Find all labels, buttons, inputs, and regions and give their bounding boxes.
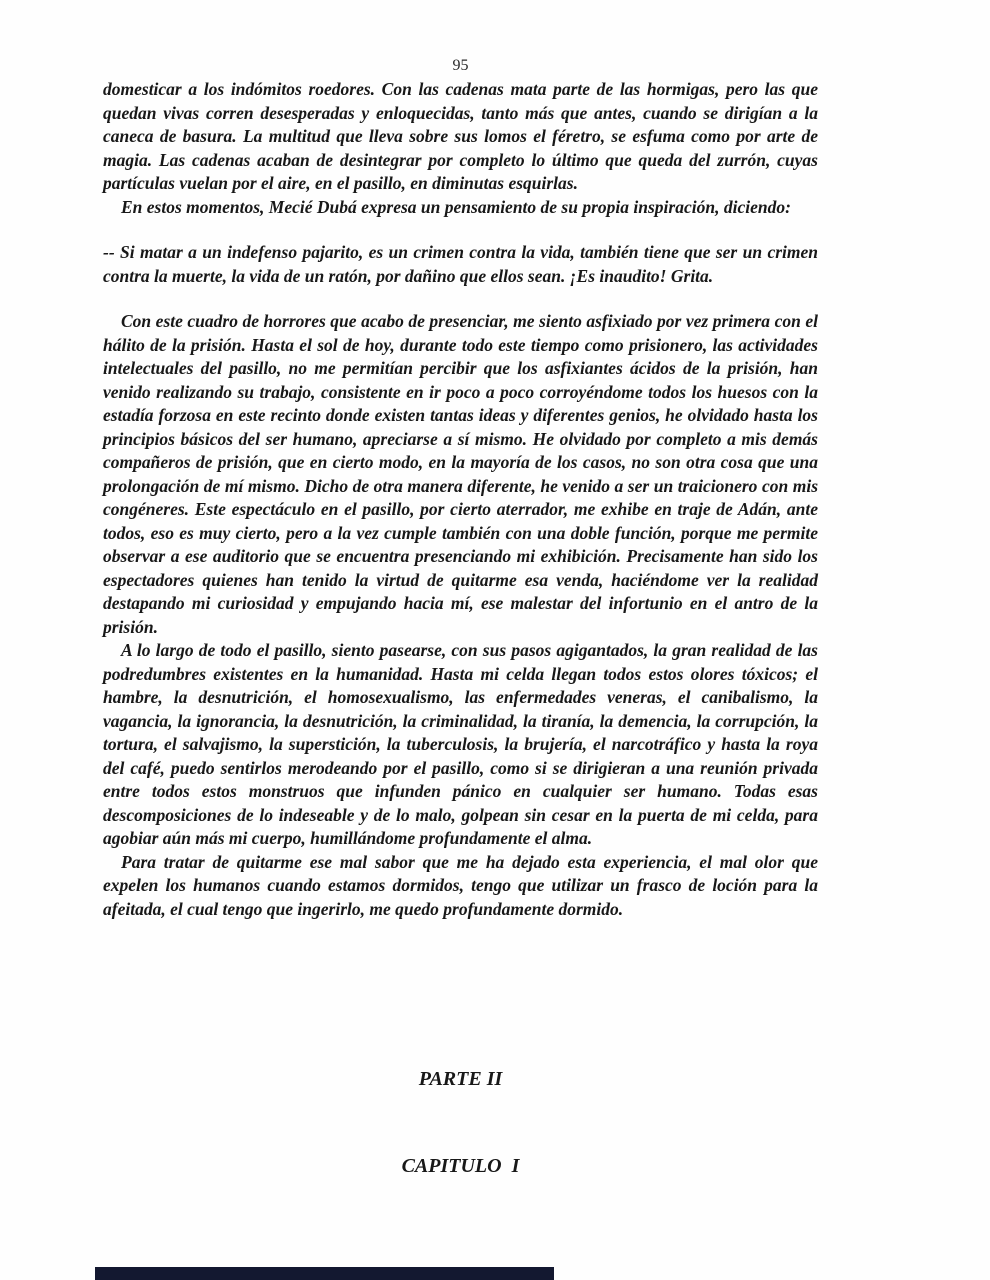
paragraph-closing: Para tratar de quitarme ese mal sabor qu… (103, 851, 818, 922)
paragraph-continuation: domesticar a los indómitos roedores. Con… (103, 78, 818, 196)
page-number: 95 (103, 57, 818, 75)
paragraph-hallway: A lo largo de todo el pasillo, siento pa… (103, 639, 818, 851)
scan-artifact-bar (95, 1267, 554, 1280)
book-page: 95 domesticar a los indómitos roedores. … (0, 0, 990, 1280)
chapter-heading: CAPITULO I (103, 1155, 818, 1178)
body-text: domesticar a los indómitos roedores. Con… (103, 78, 818, 921)
paragraph-dialogue: -- Si matar a un indefenso pajarito, es … (103, 241, 818, 288)
part-heading: PARTE II (103, 1068, 818, 1091)
paragraph-narration: En estos momentos, Mecié Dubá expresa un… (103, 196, 818, 220)
paragraph-reflection: Con este cuadro de horrores que acabo de… (103, 310, 818, 639)
